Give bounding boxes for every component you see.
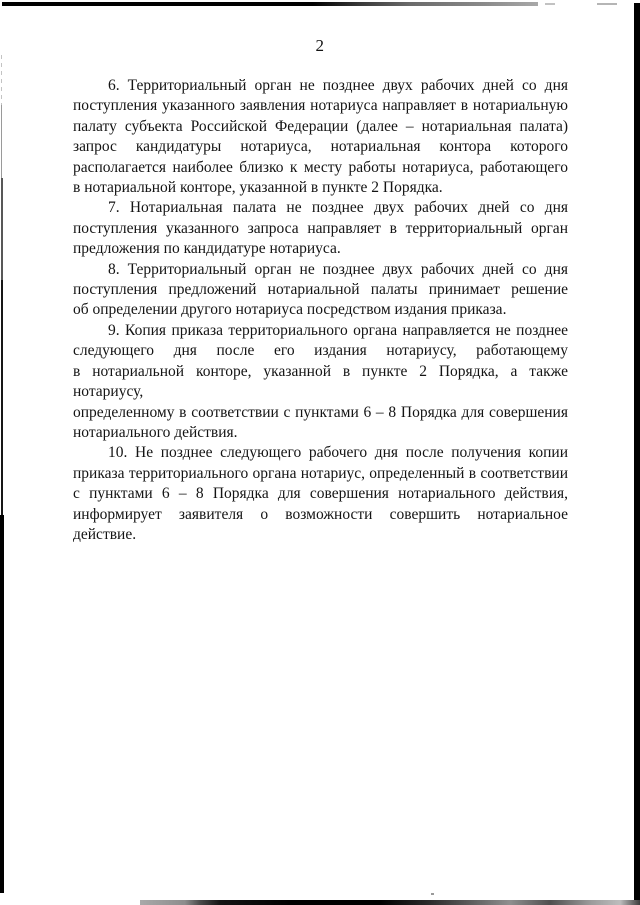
scan-edge-right: [634, 3, 640, 905]
text-line: об определении другого нотариуса посредс…: [73, 300, 568, 320]
document-body: 6. Территориальный орган не позднее двух…: [73, 76, 568, 545]
scan-edge-top: [2, 2, 538, 6]
text-line: запрос кандидатуры нотариуса, нотариальн…: [73, 137, 568, 157]
text-line: с пунктами 6 – 8 Порядка для совершения …: [73, 484, 568, 504]
text-line: приказа территориального органа нотариус…: [73, 464, 568, 484]
text-line: определенному в соответствии с пунктами …: [73, 403, 568, 423]
text-line: располагается наиболее близко к месту ра…: [73, 158, 568, 178]
text-line: поступления предложений нотариальной пал…: [73, 280, 568, 300]
text-line: 10. Не позднее следующего рабочего дня п…: [73, 443, 568, 463]
scan-edge-bottom: [140, 900, 640, 905]
scan-speck: [431, 893, 434, 895]
text-line: 9. Копия приказа территориального органа…: [73, 321, 568, 341]
paragraph: 7. Нотариальная палата не позднее двух р…: [73, 198, 568, 259]
paragraph: 6. Территориальный орган не позднее двух…: [73, 76, 568, 198]
paragraph: 8. Территориальный орган не позднее двух…: [73, 260, 568, 321]
scan-edge-top-dash: [545, 3, 555, 5]
text-line: предложения по кандидатуре нотариуса.: [73, 239, 568, 259]
text-line: 6. Территориальный орган не позднее двух…: [73, 76, 568, 96]
text-line: поступления указанного запроса направляе…: [73, 219, 568, 239]
scan-edge-left: [1, 55, 2, 105]
scan-edge-left: [1, 105, 2, 178]
text-line: информирует заявителя о возможности сове…: [73, 505, 568, 546]
paragraph: 10. Не позднее следующего рабочего дня п…: [73, 443, 568, 545]
text-line: палату субъекта Российской Федерации (да…: [73, 117, 568, 137]
text-line: в нотариальной конторе, указанной в пунк…: [73, 178, 568, 198]
scan-edge-top-dash: [597, 3, 617, 5]
page-number: 2: [0, 36, 640, 56]
text-line: 8. Территориальный орган не позднее двух…: [73, 260, 568, 280]
document-page: 2 6. Территориальный орган не позднее дв…: [0, 0, 640, 905]
paragraph: 9. Копия приказа территориального органа…: [73, 321, 568, 443]
scan-edge-left: [1, 178, 3, 280]
text-line: в нотариальной конторе, указанной в пунк…: [73, 362, 568, 403]
scan-edge-left: [1, 280, 3, 515]
scan-edge-left: [0, 515, 4, 893]
text-line: следующего дня после его издания нотариу…: [73, 341, 568, 361]
text-line: поступления указанного заявления нотариу…: [73, 96, 568, 116]
text-line: 7. Нотариальная палата не позднее двух р…: [73, 198, 568, 218]
text-line: нотариального действия.: [73, 423, 568, 443]
